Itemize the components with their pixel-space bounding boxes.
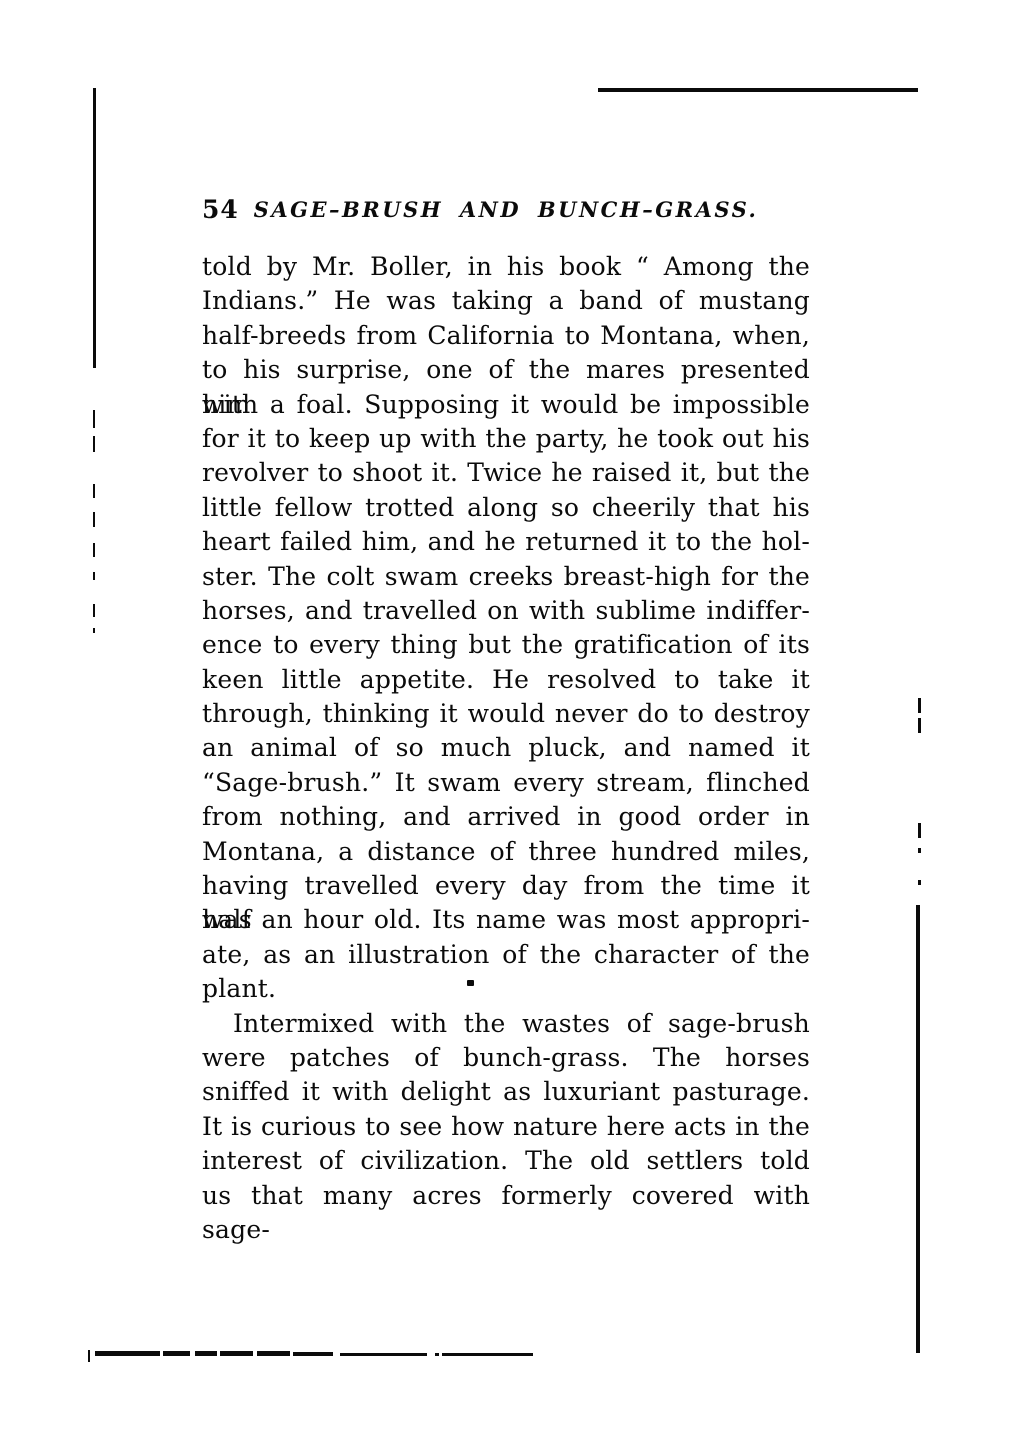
text-line: were patches of bunch-grass. The horses: [202, 1041, 810, 1075]
text-line: half an hour old. Its name was most appr…: [202, 903, 810, 937]
scan-edge-left-dash: [93, 572, 95, 580]
scan-rule-top-right: [598, 88, 918, 92]
text-line: Intermixed with the wastes of sage-brush: [202, 1007, 810, 1041]
scan-rule-bottom-segment: [442, 1353, 533, 1356]
scan-rule-bottom-segment: [163, 1351, 190, 1356]
text-line: ence to every thing but the gratificatio…: [202, 628, 810, 662]
scan-rule-bottom-segment: [195, 1351, 217, 1356]
scan-edge-left-dash: [93, 543, 95, 557]
scan-edge-right-dash: [918, 718, 921, 733]
text-line: ster. The colt swam creeks breast-high f…: [202, 560, 810, 594]
scanned-book-page: 54 SAGE–BRUSH AND BUNCH–GRASS. told by M…: [0, 0, 1010, 1447]
text-line: “Sage-brush.” It swam every stream, flin…: [202, 766, 810, 800]
scan-edge-left-dash: [93, 512, 95, 527]
scan-rule-bottom-segment: [220, 1351, 253, 1356]
scan-edge-left-dash: [93, 410, 95, 428]
text-line: having travelled every day from the time…: [202, 869, 810, 903]
body-text: told by Mr. Boller, in his book “ Among …: [202, 250, 810, 1213]
text-line: Indians.” He was taking a band of mustan…: [202, 284, 810, 318]
text-line: horses, and travelled on with sublime in…: [202, 594, 810, 628]
scan-edge-left-dash: [93, 436, 95, 452]
scan-edge-right-dash: [918, 848, 921, 853]
scan-rule-bottom-segment: [95, 1351, 160, 1356]
text-line: little fellow trotted along so cheerily …: [202, 491, 810, 525]
text-line: revolver to shoot it. Twice he raised it…: [202, 456, 810, 490]
text-line: an animal of so much pluck, and named it: [202, 731, 810, 765]
scan-edge-left-line: [93, 88, 96, 368]
scan-edge-right-dash: [918, 698, 921, 713]
scan-edge-left-dash: [93, 604, 95, 617]
text-line: Montana, a distance of three hundred mil…: [202, 835, 810, 869]
text-line: It is curious to see how nature here act…: [202, 1110, 810, 1144]
text-line: told by Mr. Boller, in his book “ Among …: [202, 250, 810, 284]
scan-rule-bottom-segment: [257, 1351, 290, 1356]
text-line: sniffed it with delight as luxuriant pas…: [202, 1075, 810, 1109]
text-line: ate, as an illustration of the character…: [202, 938, 810, 972]
text-line: plant.: [202, 972, 810, 1006]
scan-edge-left-dash: [93, 484, 95, 498]
text-line: keen little appetite. He resolved to tak…: [202, 663, 810, 697]
text-line: for it to keep up with the party, he too…: [202, 422, 810, 456]
scan-rule-bottom-segment: [293, 1352, 333, 1356]
text-line: from nothing, and arrived in good order …: [202, 800, 810, 834]
scan-rule-bottom-segment: [340, 1353, 427, 1356]
text-line: to his surprise, one of the mares presen…: [202, 353, 810, 387]
text-line: heart failed him, and he returned it to …: [202, 525, 810, 559]
scan-edge-left-dash: [93, 628, 95, 633]
text-line: half-breeds from California to Montana, …: [202, 319, 810, 353]
running-header: 54 SAGE–BRUSH AND BUNCH–GRASS.: [202, 195, 810, 225]
scan-edge-right-dash: [918, 823, 921, 838]
scan-rule-bottom-segment: [435, 1353, 439, 1356]
text-line: with a foal. Supposing it would be impos…: [202, 388, 810, 422]
running-title: SAGE–BRUSH AND BUNCH–GRASS.: [202, 197, 810, 222]
text-line: interest of civilization. The old settle…: [202, 1144, 810, 1178]
text-line: us that many acres formerly covered with…: [202, 1179, 810, 1213]
text-line: through, thinking it would never do to d…: [202, 697, 810, 731]
scan-edge-right-line: [916, 905, 920, 1353]
scan-edge-right-dash: [918, 880, 921, 885]
ink-dot-mark: [467, 980, 474, 986]
scan-rule-bottom-tick: [88, 1350, 90, 1362]
